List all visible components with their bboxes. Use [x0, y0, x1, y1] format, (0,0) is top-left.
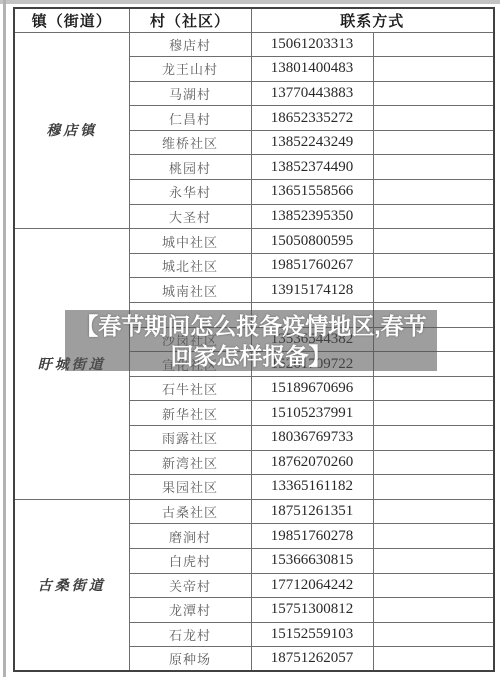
town-cell: 穆店镇: [14, 32, 129, 229]
empty-cell: [373, 278, 494, 303]
village-cell: 龙王山村: [129, 57, 251, 82]
village-cell: 原种场: [129, 647, 251, 672]
village-cell: 新华社区: [129, 401, 251, 426]
village-cell: 白虎村: [129, 548, 251, 573]
empty-cell: [373, 548, 494, 573]
phone-cell: 15189670696: [251, 376, 373, 401]
phone-cell: 13365161182: [251, 475, 373, 500]
page: 镇（街道） 村（社区） 联系方式 穆店镇穆店村15061203313龙王山村13…: [0, 0, 500, 681]
overlay-banner: 【春节期间怎么报备疫情地区,春节回家怎样报备】: [65, 310, 437, 371]
village-cell: 磨涧村: [129, 524, 251, 549]
table-header-row: 镇（街道） 村（社区） 联系方式: [14, 8, 494, 32]
table-row: 古桑街道古桑社区18751261351: [14, 499, 494, 524]
empty-cell: [373, 229, 494, 254]
village-cell: 马湖村: [129, 81, 251, 106]
empty-cell: [373, 598, 494, 623]
phone-cell: 13915174128: [251, 278, 373, 303]
empty-cell: [373, 130, 494, 155]
empty-cell: [373, 253, 494, 278]
empty-cell: [373, 426, 494, 451]
header-town: 镇（街道）: [14, 8, 129, 32]
header-village: 村（社区）: [129, 8, 251, 32]
phone-cell: 19851760267: [251, 253, 373, 278]
phone-cell: 13852243249: [251, 130, 373, 155]
village-cell: 城南社区: [129, 278, 251, 303]
village-cell: 桃园村: [129, 155, 251, 180]
empty-cell: [373, 204, 494, 229]
phone-cell: 17712064242: [251, 573, 373, 598]
empty-cell: [373, 180, 494, 205]
phone-cell: 18652335272: [251, 106, 373, 131]
top-edge-strip: [0, 0, 500, 4]
village-cell: 古桑社区: [129, 499, 251, 524]
phone-cell: 15751300812: [251, 598, 373, 623]
empty-cell: [373, 32, 494, 57]
empty-cell: [373, 647, 494, 672]
empty-cell: [373, 450, 494, 475]
empty-cell: [373, 622, 494, 647]
village-cell: 石龙村: [129, 622, 251, 647]
village-cell: 关帝村: [129, 573, 251, 598]
phone-cell: 18751261351: [251, 499, 373, 524]
empty-cell: [373, 499, 494, 524]
phone-cell: 15061203313: [251, 32, 373, 57]
village-cell: 大圣村: [129, 204, 251, 229]
town-cell: 古桑街道: [14, 499, 129, 671]
village-cell: 果园社区: [129, 475, 251, 500]
phone-cell: 13801400483: [251, 57, 373, 82]
phone-cell: 15366630815: [251, 548, 373, 573]
village-cell: 石牛社区: [129, 376, 251, 401]
empty-cell: [373, 155, 494, 180]
empty-cell: [373, 376, 494, 401]
village-cell: 维桥社区: [129, 130, 251, 155]
table-row: 盱城街道城中社区15050800595: [14, 229, 494, 254]
table-row: 穆店镇穆店村15061203313: [14, 32, 494, 57]
village-cell: 城中社区: [129, 229, 251, 254]
village-cell: 龙潭村: [129, 598, 251, 623]
empty-cell: [373, 81, 494, 106]
village-cell: 雨露社区: [129, 426, 251, 451]
empty-cell: [373, 573, 494, 598]
phone-cell: 13651558566: [251, 180, 373, 205]
left-edge-strip: [3, 0, 6, 677]
phone-cell: 15105237991: [251, 401, 373, 426]
phone-cell: 13852374490: [251, 155, 373, 180]
village-cell: 城北社区: [129, 253, 251, 278]
phone-cell: 18762070260: [251, 450, 373, 475]
empty-cell: [373, 524, 494, 549]
phone-cell: 18036769733: [251, 426, 373, 451]
phone-cell: 18751262057: [251, 647, 373, 672]
phone-cell: 19851760278: [251, 524, 373, 549]
overlay-title: 【春节期间怎么报备疫情地区,春节回家怎样报备】: [65, 311, 437, 371]
village-cell: 永华村: [129, 180, 251, 205]
village-cell: 穆店村: [129, 32, 251, 57]
phone-cell: 15050800595: [251, 229, 373, 254]
empty-cell: [373, 475, 494, 500]
village-cell: 新湾社区: [129, 450, 251, 475]
header-contact: 联系方式: [251, 8, 494, 32]
phone-cell: 13770443883: [251, 81, 373, 106]
empty-cell: [373, 57, 494, 82]
phone-cell: 13852395350: [251, 204, 373, 229]
empty-cell: [373, 106, 494, 131]
village-cell: 仁昌村: [129, 106, 251, 131]
empty-cell: [373, 401, 494, 426]
phone-cell: 15152559103: [251, 622, 373, 647]
